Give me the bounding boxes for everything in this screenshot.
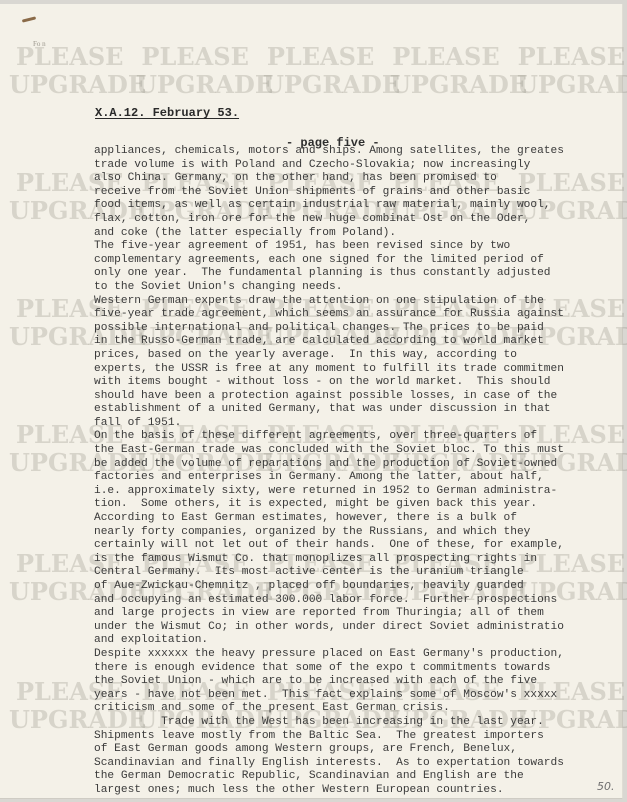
text-line: Trade with the West has been increasing … [94,716,627,730]
text-line: flax, cotton, iron ore for the new huge … [94,213,627,227]
text-line: and large projects in view are reported … [94,607,627,621]
text-line: and occupying an estimated 300.000 labor… [94,594,627,608]
document-body: appliances, chemicals, motors and ships.… [94,145,627,798]
text-line: Shipments leave mostly from the Baltic S… [94,730,627,744]
text-line: is the famous Wismut Co. that monoplizes… [94,553,627,567]
text-line: Despite xxxxxx the heavy pressure placed… [94,648,627,662]
text-line: should have been a protection against po… [94,390,627,404]
text-line: prices, based on the yearly average. In … [94,349,627,363]
text-line: only one year. The fundamental planning … [94,267,627,281]
text-line: appliances, chemicals, motors and ships.… [94,145,627,159]
text-line: and exploitation. [94,634,627,648]
text-line: there is enough evidence that some of th… [94,662,627,676]
text-line: complementary agreements, each one signe… [94,254,627,268]
text-line: factories and enterprises in Germany. Am… [94,471,627,485]
text-line: i.e. approximately sixty, were returned … [94,485,627,499]
text-line: the Soviet Union - which are to be incre… [94,675,627,689]
text-line: under the Wismut Co; in other words, und… [94,621,627,635]
text-line: On the basis of these different agreemen… [94,430,627,444]
text-line: possible international and political cha… [94,322,627,336]
text-line: the East-German trade was concluded with… [94,444,627,458]
text-line: nearly forty companies, organized by the… [94,526,627,540]
folio-number: 50. [597,780,615,793]
text-line: largest ones; much less the other Wester… [94,784,627,798]
text-line: of East German goods among Western group… [94,743,627,757]
ink-mark [22,16,36,22]
text-line: experts, the USSR is free at any moment … [94,363,627,377]
text-line: Scandinavian and finally English interes… [94,757,627,771]
text-line: tion. Some others, it is expected, might… [94,498,627,512]
text-line: trade volume is with Poland and Czecho-S… [94,159,627,173]
text-line: years - have not been met. This fact exp… [94,689,627,703]
text-line: of Aue-Zwickau-Chemnitz , placed off bou… [94,580,627,594]
text-line: food items, as well as certain industria… [94,199,627,213]
text-line: the German Democratic Republic, Scandina… [94,770,627,784]
text-line: with items bought - without loss - on th… [94,376,627,390]
text-line: Western German experts draw the attentio… [94,295,627,309]
text-line: in the Russo-German trade, are calculate… [94,335,627,349]
text-line: According to East German estimates, howe… [94,512,627,526]
text-line: Central Germany. Its most active center … [94,566,627,580]
text-line: establishment of a united Germany, that … [94,403,627,417]
text-line: also China. Germany, on the other hand, … [94,172,627,186]
document-header: X.A.12. February 53. [95,106,239,120]
text-line: be added the volume of reparations and t… [94,458,627,472]
margin-note: Fo n [33,40,46,48]
text-line: five-year trade agreement, which seems a… [94,308,627,322]
text-line: and coke (the latter especially from Pol… [94,227,627,241]
text-line: certainly will not let out of their hand… [94,539,627,553]
text-line: to the Soviet Union's changing needs. [94,281,627,295]
text-line: fall of 1951. [94,417,627,431]
text-line: criticism and some of the present East G… [94,702,627,716]
text-line: receive from the Soviet Union shipments … [94,186,627,200]
text-line: The five-year agreement of 1951, has bee… [94,240,627,254]
